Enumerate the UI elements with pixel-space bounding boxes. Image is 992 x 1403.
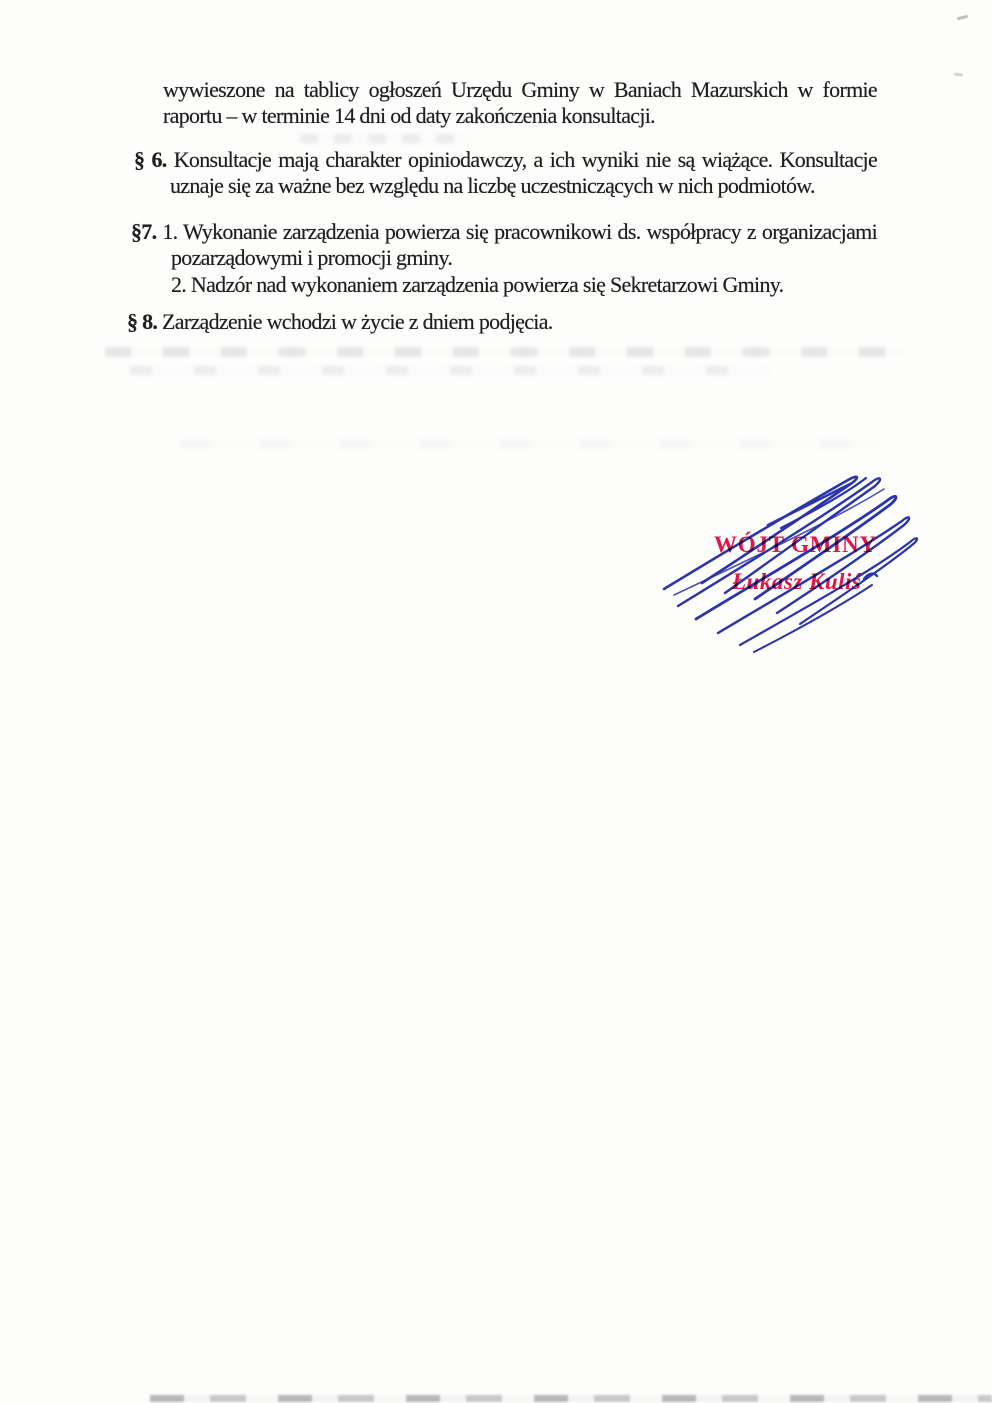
section-7-marker: §7. [131, 219, 156, 244]
section-7-text: 1. Wykonanie zarządzenia powierza się pr… [162, 219, 877, 244]
intro-line-2: raportu – w terminie 14 dni od daty zako… [163, 102, 655, 129]
intro-line-1: wywieszone na tablicy ogłoszeń Urzędu Gm… [163, 76, 877, 103]
scanned-document-page: wywieszone na tablicy ogłoszeń Urzędu Gm… [0, 0, 992, 1403]
pen-signature-ink [650, 438, 990, 658]
scan-artifact [957, 15, 968, 21]
section-8-line: § 8. Zarządzenie wchodzi w życie z dniem… [127, 308, 553, 335]
section-8-marker: § 8. [127, 309, 157, 334]
bleed-through-artifact [150, 1395, 992, 1402]
section-6-marker: § 6. [134, 147, 167, 172]
section-6-line-1: § 6. Konsultacje mają charakter opinioda… [134, 146, 877, 173]
bleed-through-artifact [105, 347, 905, 357]
bleed-through-artifact [300, 134, 470, 143]
section-6-text: Konsultacje mają charakter opiniodawczy,… [174, 147, 877, 172]
section-8-text: Zarządzenie wchodzi w życie z dniem podj… [162, 309, 553, 334]
signature-area: WÓJT GMINY Łukasz Kuliś [650, 438, 990, 658]
section-7-line-1: §7. 1. Wykonanie zarządzenia powierza si… [131, 218, 877, 245]
scan-artifact [954, 72, 963, 76]
section-7-line-2: pozarządowymi i promocji gminy. [171, 244, 452, 271]
section-7-line-3: 2. Nadzór nad wykonaniem zarządzenia pow… [171, 271, 783, 298]
section-6-line-2: uznaje się za ważne bez względu na liczb… [170, 172, 815, 199]
bleed-through-artifact [130, 366, 770, 375]
